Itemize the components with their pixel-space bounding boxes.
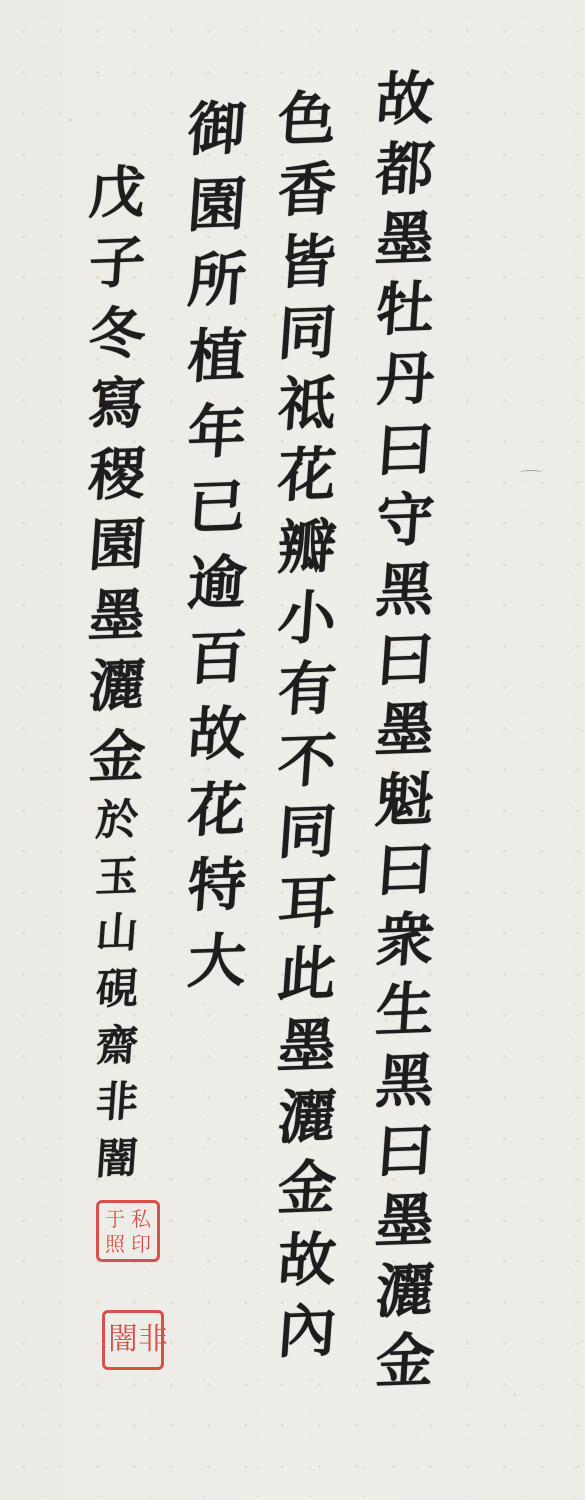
- glyph: 故: [186, 704, 248, 764]
- glyph: 皆: [276, 232, 338, 292]
- glyph: 百: [186, 628, 248, 688]
- glyph: 金: [87, 728, 147, 786]
- glyph: 齋: [94, 1024, 139, 1067]
- glyph: 戊: [87, 164, 147, 222]
- calligraphy-column-1: 故 都 墨 牡 丹 曰 守 黑 曰 墨 魁 曰 衆 生 黑 曰 墨 灑 金: [360, 70, 450, 1390]
- glyph: 花: [276, 445, 338, 505]
- glyph: 園: [87, 516, 147, 574]
- glyph: 墨: [87, 587, 147, 645]
- glyph: 丹: [374, 349, 436, 409]
- glyph: 灑: [374, 1261, 436, 1321]
- seal-char: 印: [131, 1234, 151, 1254]
- seal-char: 私: [131, 1209, 151, 1229]
- glyph: 曰: [374, 1121, 436, 1181]
- seal-char: 非: [138, 1325, 168, 1355]
- glyph: 玉: [94, 855, 139, 898]
- glyph: 衆: [374, 910, 436, 970]
- glyph: 墨: [374, 700, 436, 760]
- glyph: 曰: [374, 630, 436, 690]
- glyph: 硯: [94, 968, 139, 1011]
- glyph: 此: [276, 944, 338, 1004]
- glyph: 曰: [374, 420, 436, 480]
- glyph: 不: [276, 731, 338, 791]
- glyph: 黑: [374, 1051, 436, 1111]
- glyph: 瓣: [276, 517, 338, 577]
- glyph: 植: [186, 326, 248, 386]
- glyph: 已: [186, 477, 248, 537]
- glyph: 花: [186, 780, 248, 840]
- seal-char: 照: [105, 1234, 125, 1254]
- glyph: 生: [374, 980, 436, 1040]
- glyph: 守: [374, 490, 436, 550]
- seal-lower: 闇 非: [102, 1310, 164, 1370]
- glyph: 黑: [374, 560, 436, 620]
- glyph: 金: [374, 1331, 436, 1391]
- glyph: 香: [276, 160, 338, 220]
- glyph: 都: [374, 139, 436, 199]
- calligraphy-column-2: 色 香 皆 同 祗 花 瓣 小 有 不 同 耳 此 墨 灑 金 故 內: [262, 90, 352, 1360]
- signature-glyph: 闇: [94, 1137, 139, 1180]
- paper-fiber: [520, 470, 542, 475]
- seal-char: 闇: [108, 1325, 138, 1355]
- seal-char: 于: [105, 1209, 125, 1229]
- glyph: 灑: [87, 657, 147, 715]
- glyph: 色: [276, 89, 338, 149]
- signature-glyph: 非: [94, 1081, 139, 1124]
- glyph: 小: [276, 588, 338, 648]
- glyph: 大: [186, 931, 248, 991]
- glyph: 同: [276, 303, 338, 363]
- glyph: 園: [186, 175, 248, 235]
- glyph: 魁: [374, 770, 436, 830]
- glyph: 御: [186, 99, 248, 159]
- glyph: 特: [186, 855, 248, 915]
- glyph: 稷: [87, 446, 147, 504]
- glyph: 於: [94, 798, 139, 841]
- glyph: 灑: [276, 1087, 338, 1147]
- glyph: 牡: [374, 279, 436, 339]
- glyph: 曰: [374, 840, 436, 900]
- glyph: 耳: [276, 873, 338, 933]
- glyph: 同: [276, 802, 338, 862]
- glyph: 故: [276, 1230, 338, 1290]
- glyph: 墨: [374, 1191, 436, 1251]
- glyph: 所: [186, 250, 248, 310]
- calligraphy-column-3: 御 園 所 植 年 已 逾 百 故 花 特 大: [172, 100, 262, 990]
- glyph: 有: [276, 659, 338, 719]
- glyph: 墨: [276, 1016, 338, 1076]
- glyph: 祗: [276, 374, 338, 434]
- glyph: 寫: [87, 375, 147, 433]
- glyph: 年: [186, 402, 248, 462]
- glyph: 逾: [186, 553, 248, 613]
- calligraphy-column-4-inscription: 戊 子 冬 寫 稷 園 墨 灑 金 於 玉 山 硯 齋 非 闇: [72, 165, 162, 1180]
- glyph: 金: [276, 1158, 338, 1218]
- glyph: 冬: [87, 305, 147, 363]
- seal-upper: 于 私 照 印: [96, 1200, 160, 1262]
- glyph: 山: [94, 911, 139, 954]
- glyph: 子: [87, 234, 147, 292]
- glyph: 墨: [374, 209, 436, 269]
- glyph: 故: [374, 69, 436, 129]
- glyph: 內: [276, 1301, 338, 1361]
